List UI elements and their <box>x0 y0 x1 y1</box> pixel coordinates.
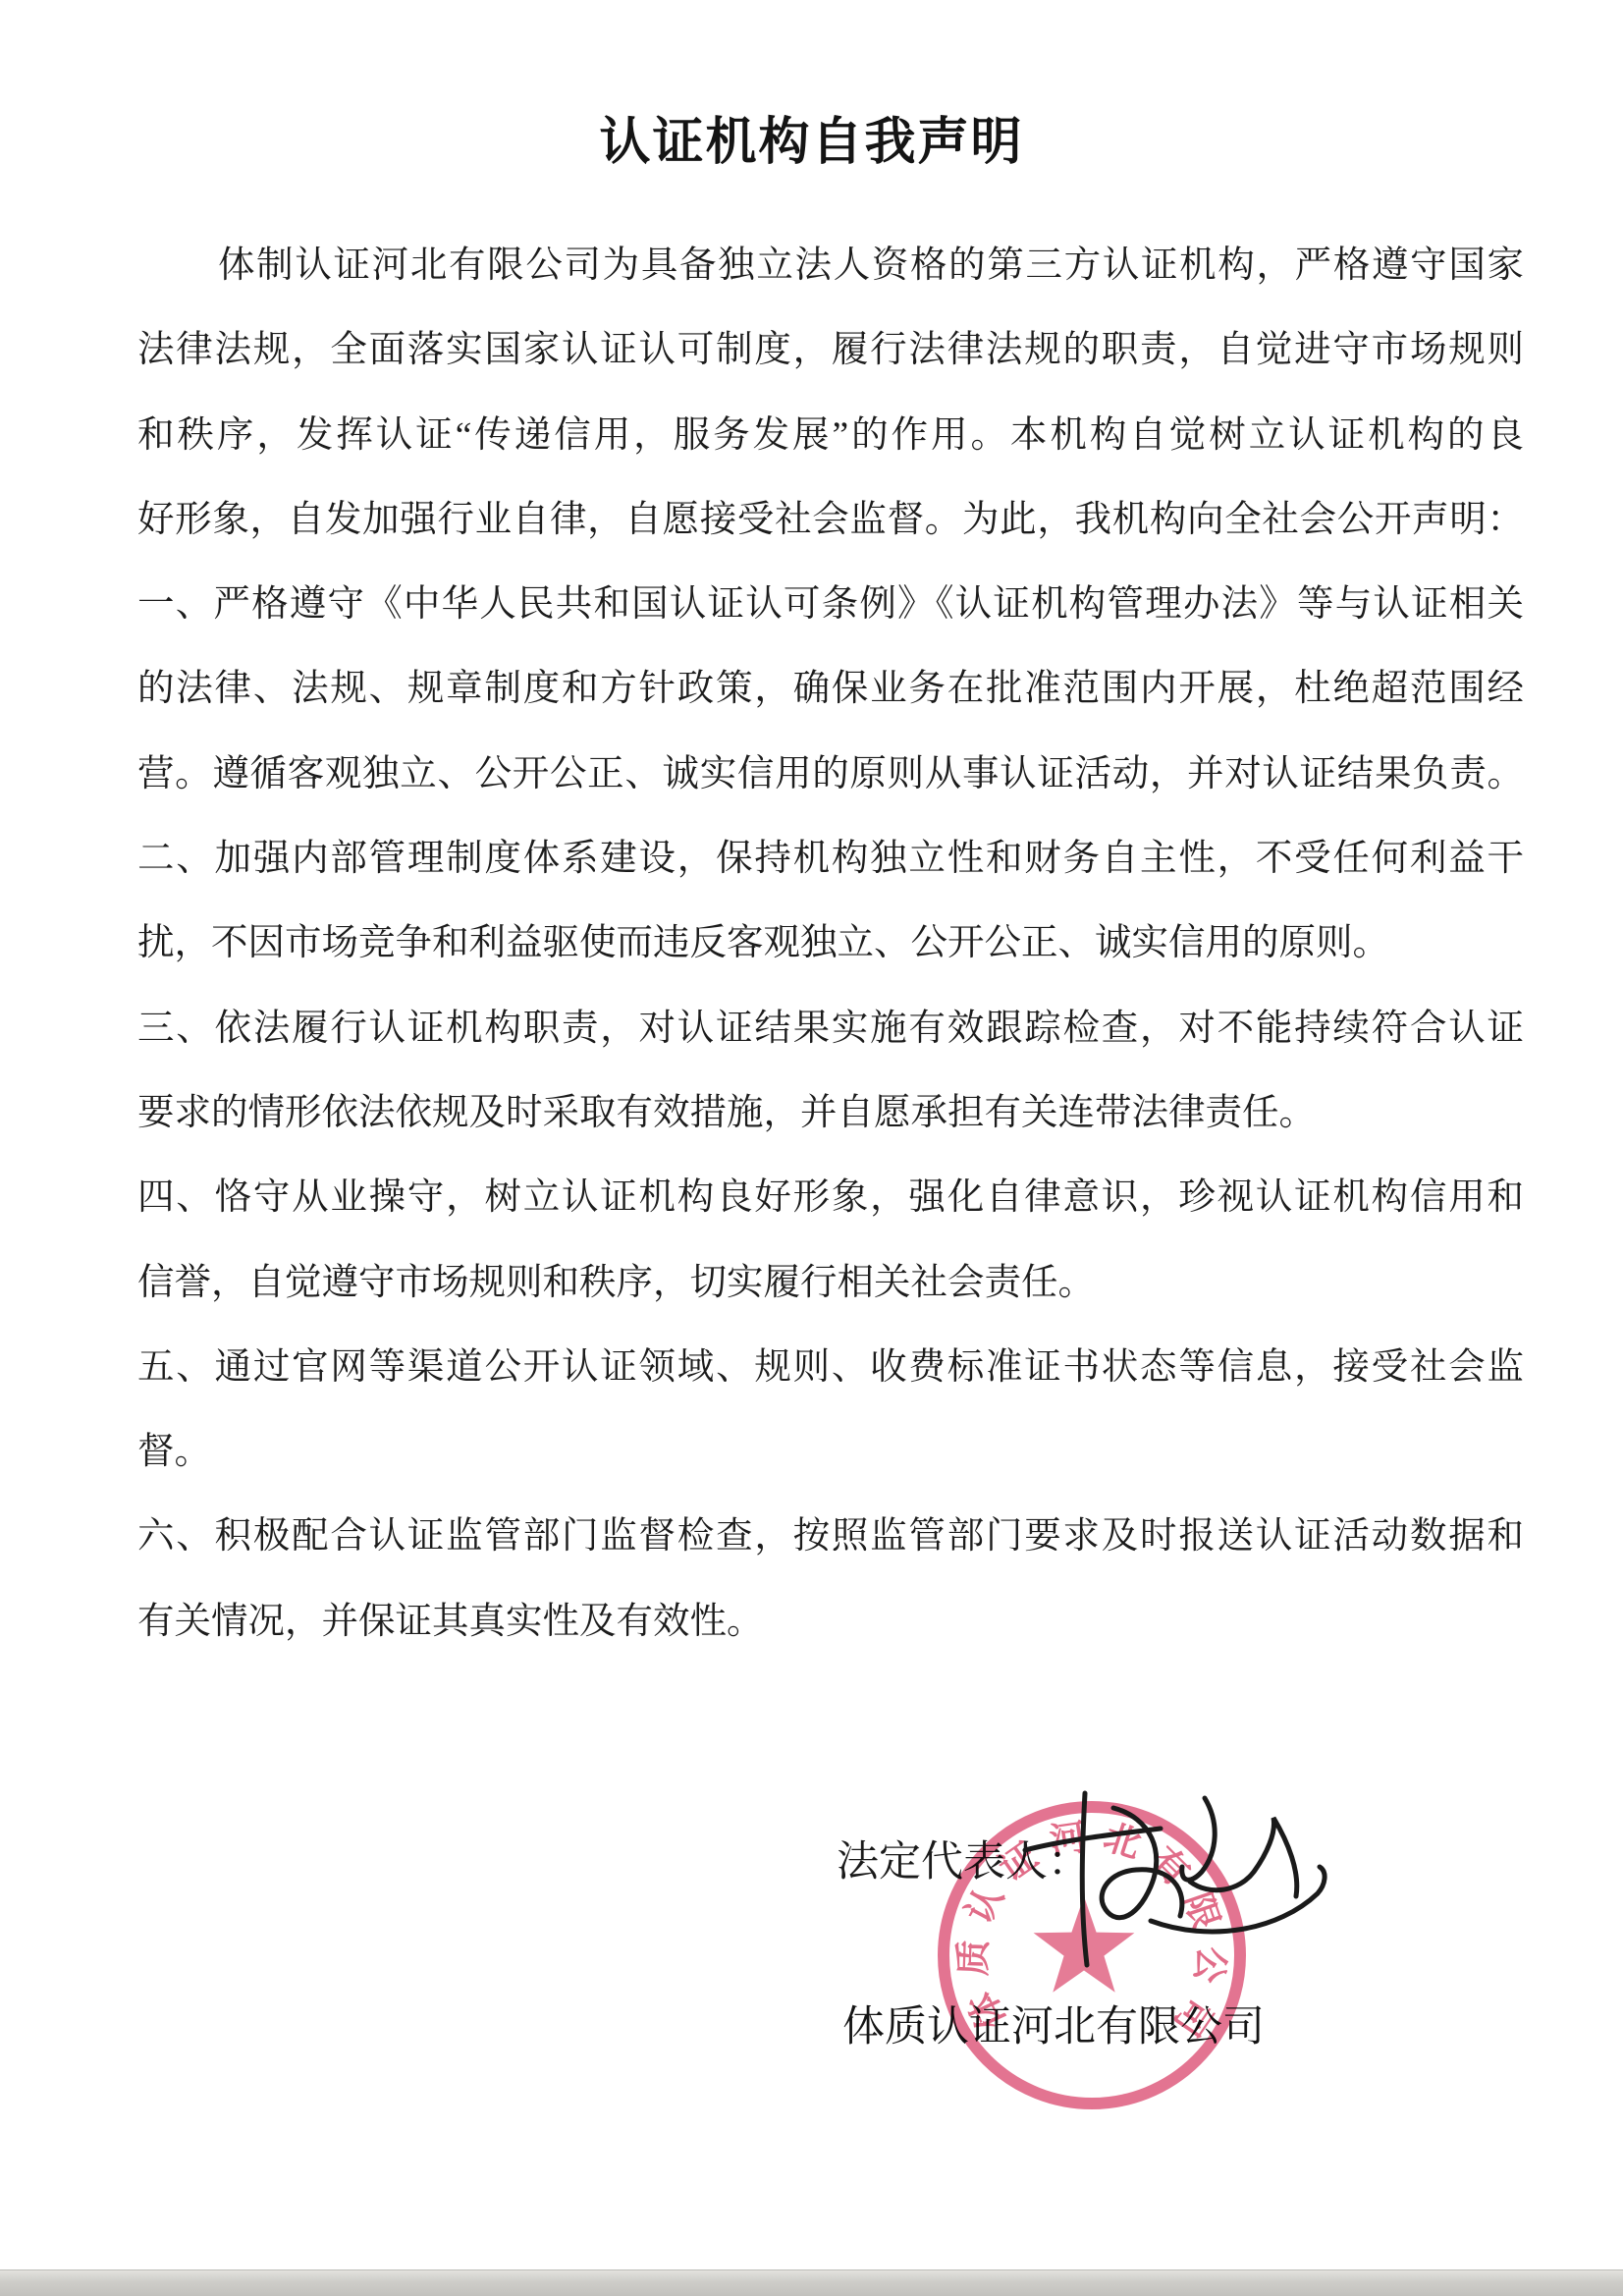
body-line: 二、加强内部管理制度体系建设，保持机构独立性和财务自主性，不受任何利益干 <box>137 817 1524 902</box>
scan-edge-shadow <box>0 2269 1623 2296</box>
document-title: 认证机构自我声明 <box>0 100 1623 174</box>
body-line: 扰，不因市场竞争和利益驱使而违反客观独立、公开公正、诚实信用的原则。 <box>137 902 1524 986</box>
document-body: 体制认证河北有限公司为具备独立法人资格的第三方认证机构，严格遵守国家 法律法规，… <box>137 224 1524 1665</box>
body-line: 营。遵循客观独立、公开公正、诚实信用的原则从事认证活动，并对认证结果负责。 <box>137 733 1524 817</box>
body-line: 和秩序，发挥认证“传递信用，服务发展”的作用。本机构自觉树立认证机构的良 <box>137 394 1524 478</box>
body-line: 六、积极配合认证监管部门监督检查，按照监管部门要求及时报送认证活动数据和 <box>137 1495 1524 1579</box>
body-line: 要求的情形依法依规及时采取有效措施，并自愿承担有关连带法律责任。 <box>137 1071 1524 1156</box>
body-line: 督。 <box>137 1410 1524 1495</box>
body-line: 体制认证河北有限公司为具备独立法人资格的第三方认证机构，严格遵守国家 <box>137 224 1524 308</box>
body-line: 的法律、法规、规章制度和方针政策，确保业务在批准范围内开展，杜绝超范围经 <box>137 647 1524 732</box>
body-line: 三、依法履行认证机构职责，对认证结果实施有效跟踪检查，对不能持续符合认证 <box>137 987 1524 1071</box>
body-line: 五、通过官网等渠道公开认证领域、规则、收费标准证书状态等信息，接受社会监 <box>137 1326 1524 1410</box>
body-line: 法律法规，全面落实国家认证认可制度，履行法律法规的职责，自觉进守市场规则 <box>137 308 1524 393</box>
signature-handwriting <box>856 1724 1347 2186</box>
body-line: 好形象，自发加强行业自律，自愿接受社会监督。为此，我机构向全社会公开声明： <box>137 478 1524 563</box>
document-page: 认证机构自我声明 体制认证河北有限公司为具备独立法人资格的第三方认证机构，严格遵… <box>0 0 1623 2296</box>
body-line: 一、严格遵守《中华人民共和国认证认可条例》《认证机构管理办法》等与认证相关 <box>137 563 1524 647</box>
body-line: 有关情况，并保证其真实性及有效性。 <box>137 1580 1524 1665</box>
body-line: 信誉，自觉遵守市场规则和秩序，切实履行相关社会责任。 <box>137 1241 1524 1326</box>
body-line: 四、恪守从业操守，树立认证机构良好形象，强化自律意识，珍视认证机构信用和 <box>137 1156 1524 1240</box>
